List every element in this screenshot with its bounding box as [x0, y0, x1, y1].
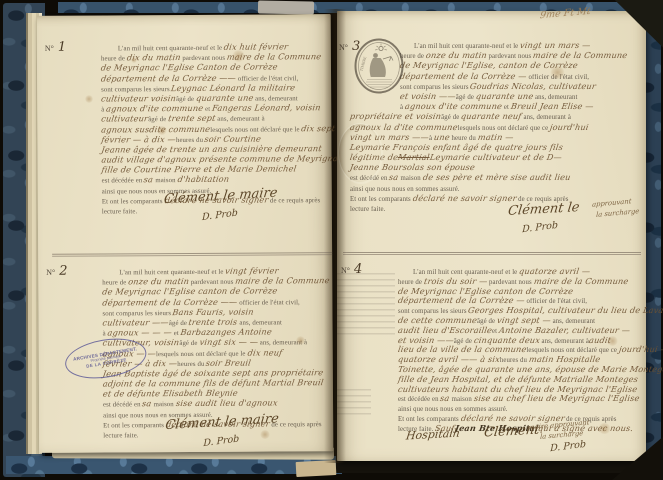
- printed-text: lesquels nous ont déclaré que le: [156, 350, 247, 358]
- timbre-stamp-icon: TIMBRE: [354, 38, 404, 94]
- handwritten-text: cultivateur: [101, 114, 149, 124]
- handwritten-text: soir Breuil: [205, 357, 252, 367]
- handwritten-text: de Meyrignac l'Eglise, canton de Corrèze: [399, 60, 578, 70]
- record-line: Jeanne âgée de trente un ans cuisinière …: [101, 142, 331, 154]
- handwritten-text: vingt un mars —: [519, 40, 591, 50]
- mayor-signature: Clément le: [507, 200, 580, 219]
- handwritten-text: Leymarie cultivateur et de D—: [429, 152, 563, 162]
- right-page: N° 3 TIMBRE L'an mil huit cent quarante-…: [337, 11, 646, 461]
- printed-text: L'an mil huit cent quarante-neuf et le: [413, 269, 519, 276]
- handwritten-text: maire de la Commune: [532, 50, 628, 60]
- printed-text: ans, demeurant: [238, 319, 282, 326]
- witness-signature: Hospitalh: [405, 427, 461, 443]
- printed-text: âgé de: [441, 114, 461, 121]
- record-number-value: 2: [59, 264, 67, 279]
- left-page: N° 1 L'an mil huit cent quarante-neuf et…: [37, 14, 334, 453]
- handwritten-text: jourd'hui —: [618, 345, 663, 355]
- record-number-1: N° 1: [45, 38, 66, 56]
- handwritten-text: soir Courtine: [204, 133, 262, 144]
- handwritten-text: vingt février: [225, 265, 280, 276]
- handwritten-text: de Meyrignac l'Eglise Canton de Corrèze: [100, 62, 278, 73]
- record-line: cultivateurs habitant du chef lieu de Me…: [398, 383, 640, 393]
- printed-text: ans, demeurant à: [258, 340, 307, 347]
- printed-text: âgé de: [179, 340, 199, 347]
- record-line: adjoint de la commune fils de défunt Mar…: [103, 376, 333, 388]
- printed-text: ans, demeurant à: [522, 114, 571, 121]
- record-line: agnoux susdite commune lesquels nous ont…: [101, 122, 331, 134]
- printed-text: lesquels nous ont déclaré que ce: [458, 125, 550, 132]
- handwritten-text: cultivateur ——: [102, 317, 170, 328]
- record-number-prefix: N°: [45, 44, 54, 53]
- handwritten-text: trente trois: [188, 317, 238, 328]
- record-line: légitime de Martial Leymarie cultivateur…: [350, 151, 640, 161]
- record-line: cultivateur voisin âgé de quarante une a…: [101, 91, 331, 103]
- record-number-2: N° 2: [46, 262, 67, 280]
- record-line: Jeanne Boursolas son épouse: [350, 161, 640, 171]
- record-number-value: 1: [58, 40, 66, 55]
- printed-text: pardevant nous: [487, 279, 533, 286]
- record-line: département de la Corrèze —— officier de…: [102, 295, 332, 307]
- handwritten-text: vingt six — —: [198, 337, 258, 348]
- handwritten-text: maire de la Commune: [235, 275, 331, 286]
- printed-text: Et ont les comparants: [350, 196, 413, 203]
- handwritten-text: onze du matin: [425, 50, 487, 60]
- record-line: Leymarie François enfant âgé de quatre j…: [350, 141, 640, 151]
- record-number-prefix: N°: [339, 43, 348, 52]
- death-record-1: L'an mil huit cent quarante-neuf et le d…: [101, 40, 332, 215]
- printed-text: ainsi que nous nous en sommes assuré.: [350, 186, 460, 193]
- handwritten-text: sise audit lieu d'agnoux: [175, 398, 278, 409]
- handwritten-text: février — à dix —: [101, 134, 177, 145]
- handwritten-text: d'habitation: [177, 174, 230, 185]
- register-scan: N° 1 L'an mil huit cent quarante-neuf et…: [0, 0, 663, 480]
- printed-text: heures du: [177, 361, 206, 368]
- record-lines: L'an mil huit cent quarante-neuf et le q…: [398, 265, 640, 432]
- printed-text: est décédée en: [398, 396, 440, 403]
- printed-text: officier de l'état civil,: [237, 299, 299, 306]
- printed-text: Et ont les comparants: [103, 422, 166, 429]
- printed-text: officier de l'état civil,: [236, 75, 298, 82]
- handwritten-text: Breuil Jean Elise —: [510, 101, 594, 111]
- embossed-seal: [338, 123, 382, 183]
- record-line: audit village d'agnoux présente commune …: [102, 152, 332, 164]
- handwritten-text: sise au chef lieu de Meyrignac l'Eglise: [473, 394, 640, 404]
- record-line: fille de Jean Hospital, et de défunte Ma…: [398, 373, 640, 383]
- handwritten-text: déclaré ne savoir signer: [412, 193, 517, 203]
- printed-text: Et ont les comparants: [398, 416, 461, 423]
- record-number-value: 4: [354, 262, 362, 277]
- printed-text: heure de: [398, 279, 424, 286]
- record-number-prefix: N°: [46, 268, 55, 277]
- printed-text: Et ont les comparants: [102, 198, 165, 205]
- record-divider: [343, 252, 641, 255]
- signature-paraph: D. Prob: [522, 220, 558, 236]
- printed-text: lecture faite.: [103, 432, 138, 439]
- printed-text: heure du: [450, 135, 478, 142]
- ink-bleedthrough: [337, 273, 395, 335]
- printed-text: maison: [152, 401, 176, 408]
- printed-text: ans, demeurant: [533, 94, 577, 101]
- handwritten-text: Goudrias Nicolas, cultivateur: [470, 81, 598, 91]
- printed-text: sont comparus les sieurs: [400, 84, 470, 91]
- handwritten-text: Bans Fauris, voisin: [172, 306, 255, 317]
- record-number-4: N° 4: [341, 260, 362, 278]
- printed-text: maison: [154, 177, 178, 184]
- record-line: Et ont les comparants déclaré ne savoir …: [398, 412, 640, 422]
- handwritten-text: quarante une: [195, 93, 254, 104]
- handwritten-text: de Meyrignac l'Eglise canton de Corrèze: [102, 286, 279, 297]
- record-line: heure de dix du matin pardevant nous mai…: [101, 50, 331, 62]
- record-line: vingt un mars —— à une heure du matin —: [350, 131, 640, 141]
- printed-text: âgé de: [176, 96, 196, 103]
- printed-text: maison: [399, 175, 423, 182]
- printed-text: ans, demeurant à: [540, 338, 589, 345]
- handwritten-text: trente sept: [167, 113, 216, 124]
- printed-text: âgé de: [148, 116, 168, 123]
- printed-text: lesquels nous ont déclaré que le: [210, 126, 301, 134]
- record-line: à agnoux d'ite commune et Fangeras Léona…: [101, 101, 331, 113]
- cover-corner-piece: [296, 460, 337, 477]
- handwritten-text: et voisin ——: [399, 91, 456, 101]
- record-line: agnoux la d'ite commune lesquels nous on…: [350, 121, 640, 131]
- printed-text: âgé de: [477, 318, 497, 325]
- record-line: ainsi que nous nous en sommes assuré.: [350, 182, 640, 192]
- handwritten-text: agnoux susdite commune: [101, 123, 211, 134]
- printed-text: âgé de: [456, 94, 476, 101]
- printed-text: lecture faite.: [102, 208, 137, 215]
- printed-text: L'an mil huit cent quarante-neuf et le: [414, 43, 520, 50]
- record-line: Toinette, âgée de quarante une ans, épou…: [398, 363, 640, 373]
- handwritten-text: de ses père et mère sise audit lieu: [422, 172, 571, 182]
- record-line: Jean Baptiste âgé de soixante sept ans p…: [103, 366, 333, 378]
- handwritten-text: Leygnac Léonard la militaire: [171, 82, 297, 93]
- handwritten-text: département de la Corrèze ——: [102, 296, 239, 307]
- record-line: est décédé en sa maison de ses père et m…: [350, 171, 640, 181]
- record-number-prefix: N°: [341, 266, 350, 275]
- handwritten-text: quarante neuf: [460, 111, 522, 121]
- handwritten-text: jourd'hui: [549, 122, 589, 132]
- printed-text: lecture faite.: [350, 206, 385, 213]
- record-divider: [52, 252, 332, 257]
- handwritten-text: dix neuf: [247, 347, 283, 357]
- paper-fold: [258, 1, 314, 15]
- handwritten-text: propriétaire et voisin: [349, 111, 442, 121]
- printed-text: est décédée en: [102, 178, 144, 185]
- handwritten-text: une: [433, 132, 450, 142]
- record-line: L'an mil huit cent quarante-neuf et le q…: [398, 265, 640, 275]
- handwritten-text: matin —: [477, 132, 514, 142]
- record-line: audit lieu d'Escoraille et Antoine Bazal…: [398, 324, 640, 334]
- handwritten-text: dix sept: [301, 123, 336, 133]
- printed-text: heures du: [176, 137, 205, 144]
- handwritten-text: dix huit février: [223, 41, 289, 52]
- ink-bleedthrough: [337, 389, 371, 415]
- handwritten-text: agnoux d'ite commune: [404, 101, 503, 111]
- printed-text: est décédé en: [103, 402, 142, 409]
- record-line: propriétaire et voisin âgé de quarante n…: [350, 110, 640, 120]
- handwritten-text: département de la Corrèze ——: [100, 72, 237, 83]
- record-line: à agnoux d'ite commune et Breuil Jean El…: [350, 100, 640, 110]
- handwritten-text: Martial: [397, 152, 430, 162]
- printed-text: ans, demeurant: [551, 318, 595, 325]
- printed-text: ans, demeurant à: [215, 116, 264, 123]
- signature-paraph: D. Prob: [550, 439, 586, 455]
- handwritten-text: Fangeras Léonard, voisin: [211, 102, 321, 113]
- handwritten-text: cultivateur voisin: [100, 93, 176, 104]
- printed-text: officier de l'état civil,: [527, 74, 589, 81]
- record-line: heure de onze du matin pardevant nous ma…: [102, 274, 332, 286]
- printed-text: maison: [450, 396, 474, 403]
- handwritten-text: quarante une: [475, 91, 534, 101]
- death-record-4: L'an mil huit cent quarante-neuf et le q…: [398, 265, 640, 432]
- handwritten-text: audit: [588, 336, 612, 346]
- record-line: département de la Corrèze — officier de …: [398, 294, 640, 304]
- record-line: département de la Corrèze —— officier de…: [101, 71, 331, 83]
- handwritten-text: département de la Corrèze —: [399, 71, 527, 81]
- printed-text: âgé de: [169, 320, 189, 327]
- record-line: et voisin —— âgé de cinquante deux ans, …: [398, 334, 640, 344]
